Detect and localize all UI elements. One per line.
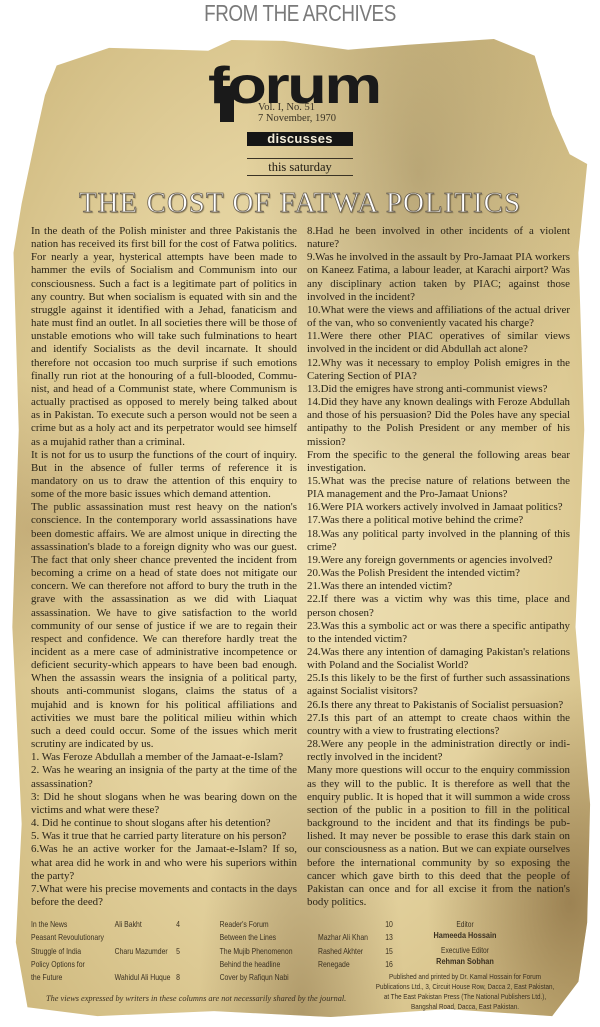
article-paragraph: 15.What was the precise nature of relati…: [307, 475, 570, 501]
article-paragraph: 23.Was this a symbolic act or was there …: [307, 620, 570, 646]
contents-title: Behind the headline: [220, 958, 281, 971]
article-paragraph: 25.Is this likely to be the first of fur…: [307, 672, 570, 698]
contents-title: Cover by Rafiqun Nabi: [220, 971, 289, 984]
article-paragraph: 26.Is there any threat to Pakistanis of …: [307, 699, 570, 712]
contents-page: 4: [176, 918, 180, 931]
article-paragraph: 7.What were his precise movements and co…: [31, 883, 297, 909]
article-paragraph: Many more questions will occur to the en…: [307, 764, 570, 909]
article-paragraph: 11.Were there other PIAC operatives of s…: [307, 330, 570, 356]
article-paragraph: The public assassination must rest heavy…: [31, 501, 297, 751]
article-paragraph: 1. Was Feroze Abdullah a member of the J…: [31, 751, 297, 764]
article-paragraph: 8.Had he been involved in other incident…: [307, 225, 570, 251]
publisher-imprint: Published and printed by Dr. Kamal Hossa…: [376, 972, 555, 1012]
contents-title: Policy Options for: [31, 958, 85, 971]
contents-author: Mazhar Ali Khan: [318, 931, 368, 944]
article-paragraph: 14.Did they have any known dealings with…: [307, 396, 570, 449]
article-paragraph: 28.Were any people in the administration…: [307, 738, 570, 764]
contents-author: Charu Mazumder: [115, 945, 168, 958]
contents-title: The Mujib Phenomenon: [220, 945, 293, 958]
article-paragraph: 17.Was there a political motive behind t…: [307, 514, 570, 527]
article-paragraph: 21.Was there an intended victim?: [307, 580, 570, 593]
article-paragraph: It is not for us to usurp the functions …: [31, 449, 297, 502]
contents-page: 8: [176, 971, 180, 984]
this-saturday-label: this saturday: [247, 158, 353, 176]
executive-editor-label: Executive Editor: [376, 946, 555, 956]
article-paragraph: 13.Did the emigres have strong anti-comm…: [307, 383, 570, 396]
issue-date: 7 November, 1970: [258, 113, 336, 124]
article-paragraph: 20.Was the Polish President the intended…: [307, 567, 570, 580]
section-header: FROM THE ARCHIVES: [54, 0, 546, 26]
article-column-right: 8.Had he been involved in other incident…: [307, 225, 570, 909]
article-paragraph: 27.Is this part of an attempt to create …: [307, 712, 570, 738]
discusses-badge: discusses: [247, 132, 353, 146]
contents-title: the Future: [31, 971, 62, 984]
editor-name: Hameeda Hossain: [376, 930, 555, 941]
disclaimer: The views expressed by writers in these …: [46, 994, 346, 1003]
editor-label: Editor: [376, 920, 555, 930]
article-paragraph: In the death of the Polish minister and …: [31, 225, 297, 449]
contents-title: Reader's Forum: [220, 918, 269, 931]
contents-title: Struggle of India: [31, 945, 81, 958]
article-paragraph: 9.Was he involved in the assault by Pro-…: [307, 251, 570, 304]
article-paragraph: 24.Was there any intention of damaging P…: [307, 646, 570, 672]
article-paragraph: 22.If there was a victim why was this ti…: [307, 593, 570, 619]
article-paragraph: 3: Did he shout slogans when he was bear…: [31, 791, 297, 817]
contents-author: Rashed Akhter: [318, 945, 363, 958]
article-column-left: In the death of the Polish minister and …: [31, 225, 297, 909]
article-paragraph: 19.Were any foreign governments or agenc…: [307, 554, 570, 567]
article-headline: THE COST OF FATWA POLITICS: [30, 186, 570, 220]
article-paragraph: 4. Did he continue to shout slogans afte…: [31, 817, 297, 830]
article-paragraph: 18.Was any political party involved in t…: [307, 528, 570, 554]
article-paragraph: 2. Was he wearing an insignia of the par…: [31, 764, 297, 790]
issue-info: Vol. I, No. 51 7 November, 1970: [258, 102, 336, 124]
article-paragraph: 6.Was he an active worker for the Jamaat…: [31, 843, 297, 882]
executive-editor-name: Rehman Sobhan: [376, 956, 555, 967]
contents-title: Between the Lines: [220, 931, 277, 944]
contents-title: In the News: [31, 918, 67, 931]
article-paragraph: 10.What were the views and affiliations …: [307, 304, 570, 330]
editorial-credits: Editor Hameeda Hossain Executive Editor …: [376, 920, 555, 1012]
contents-author: Ali Bakht: [115, 918, 142, 931]
contents-page: 5: [176, 945, 180, 958]
contents-title: Peasant Revoulutionary: [31, 931, 104, 944]
issue-volume: Vol. I, No. 51: [258, 102, 336, 113]
article-paragraph: 16.Were PIA workers actively involved in…: [307, 501, 570, 514]
article-paragraph: 5. Was it true that he carried party lit…: [31, 830, 297, 843]
contents-author: Renegade: [318, 958, 350, 971]
article-paragraph: 12.Why was it necessary to employ Polish…: [307, 357, 570, 383]
article-paragraph: From the specific to the general the fol…: [307, 449, 570, 475]
contents-author: Wahidul Ali Huque: [115, 971, 171, 984]
